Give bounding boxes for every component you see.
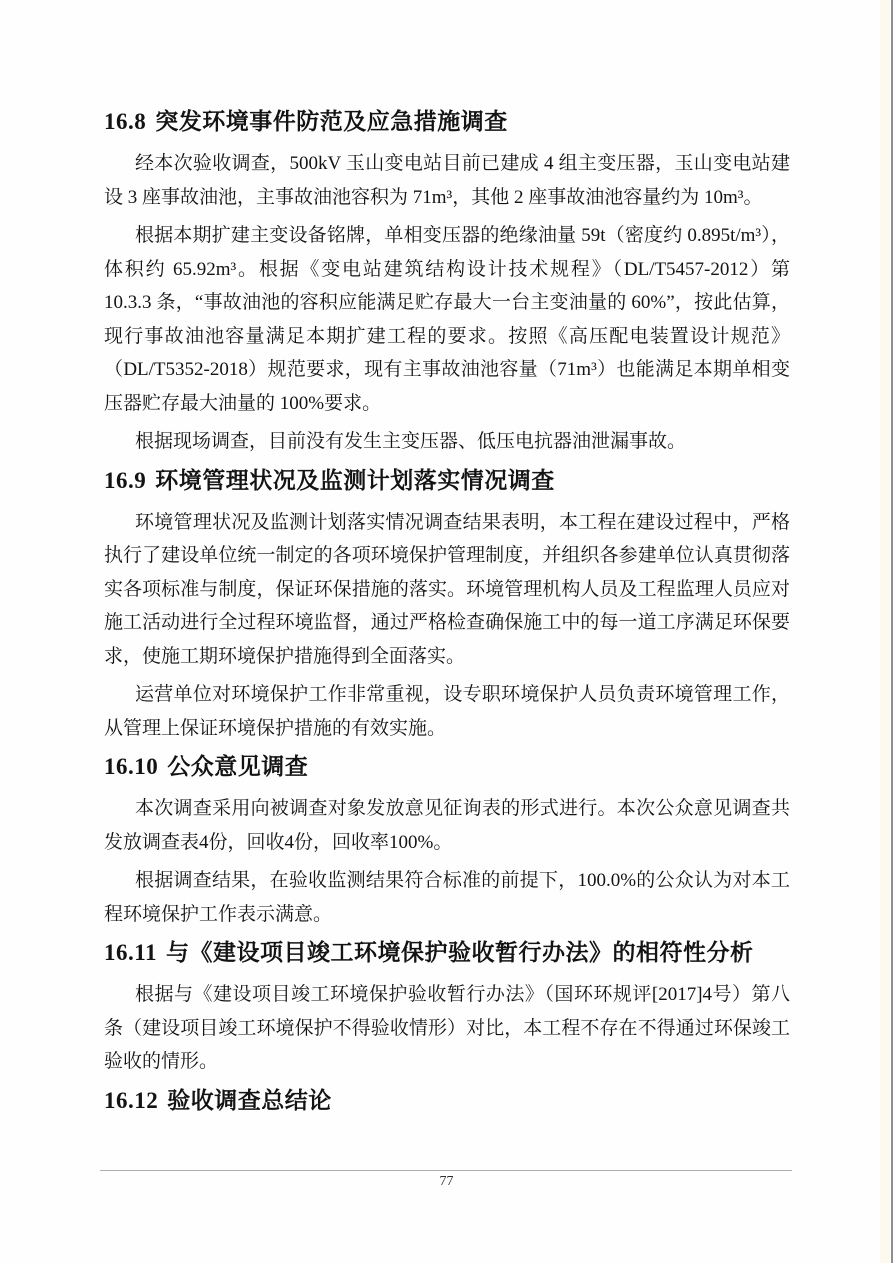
paragraph: 环境管理状况及监测计划落实情况调查结果表明，本工程在建设过程中，严格执行了建设单… [104, 506, 790, 674]
heading-number: 16.11 [104, 940, 157, 965]
section-16-12: 16.12验收调查总结论 [104, 1087, 790, 1115]
section-16-8: 16.8突发环境事件防范及应急措施调查 经本次验收调查，500kV 玉山变电站目… [104, 108, 790, 459]
section-16-10: 16.10公众意见调查 本次调查采用向被调查对象发放意见征询表的形式进行。本次公… [104, 753, 790, 931]
scan-edge-strip [880, 0, 890, 1263]
section-heading-16-9: 16.9环境管理状况及监测计划落实情况调查 [104, 467, 790, 495]
section-heading-16-12: 16.12验收调查总结论 [104, 1087, 790, 1115]
heading-number: 16.9 [104, 468, 146, 493]
heading-number: 16.10 [104, 754, 158, 779]
page-number: 77 [0, 1174, 893, 1190]
heading-title: 公众意见调查 [167, 754, 308, 779]
heading-number: 16.8 [104, 109, 146, 134]
page-content: 16.8突发环境事件防范及应急措施调查 经本次验收调查，500kV 玉山变电站目… [104, 0, 790, 1126]
section-heading-16-8: 16.8突发环境事件防范及应急措施调查 [104, 108, 790, 136]
document-page: 16.8突发环境事件防范及应急措施调查 经本次验收调查，500kV 玉山变电站目… [0, 0, 893, 1263]
section-16-11: 16.11与《建设项目竣工环境保护验收暂行办法》的相符性分析 根据与《建设项目竣… [104, 939, 790, 1079]
paragraph: 运营单位对环境保护工作非常重视，设专职环境保护人员负责环境管理工作，从管理上保证… [104, 678, 790, 745]
heading-number: 16.12 [104, 1088, 158, 1113]
paragraph: 经本次验收调查，500kV 玉山变电站目前已建成 4 组主变压器，玉山变电站建设… [104, 147, 790, 214]
paragraph: 根据调查结果，在验收监测结果符合标准的前提下，100.0%的公众认为对本工程环境… [104, 864, 790, 931]
section-heading-16-10: 16.10公众意见调查 [104, 753, 790, 781]
heading-title: 验收调查总结论 [167, 1088, 332, 1113]
section-heading-16-11: 16.11与《建设项目竣工环境保护验收暂行办法》的相符性分析 [104, 939, 790, 967]
paragraph: 本次调查采用向被调查对象发放意见征询表的形式进行。本次公众意见调查共发放调查表4… [104, 792, 790, 859]
heading-title: 环境管理状况及监测计划落实情况调查 [155, 468, 555, 493]
heading-title: 与《建设项目竣工环境保护验收暂行办法》的相符性分析 [166, 940, 754, 965]
section-16-9: 16.9环境管理状况及监测计划落实情况调查 环境管理状况及监测计划落实情况调查结… [104, 467, 790, 746]
paragraph: 根据与《建设项目竣工环境保护验收暂行办法》（国环环规评[2017]4号）第八条（… [104, 978, 790, 1079]
paragraph: 根据现场调查，目前没有发生主变压器、低压电抗器油泄漏事故。 [104, 425, 790, 459]
heading-title: 突发环境事件防范及应急措施调查 [155, 109, 508, 134]
paragraph: 根据本期扩建主变设备铭牌，单相变压器的绝缘油量 59t（密度约 0.895t/m… [104, 219, 790, 420]
footer-rule [100, 1170, 792, 1171]
